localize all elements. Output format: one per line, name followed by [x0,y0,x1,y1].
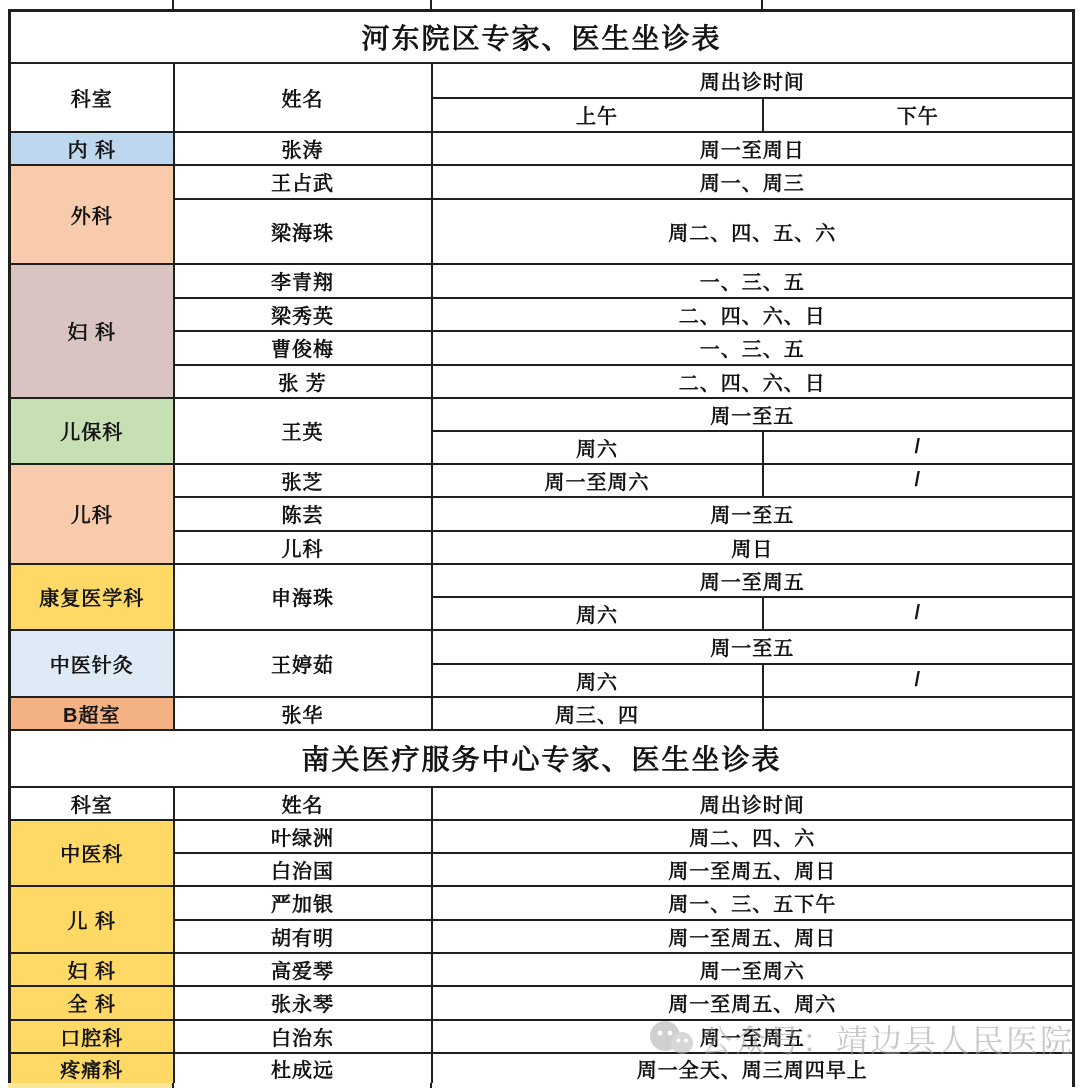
schedule-cell: 周三、四 [432,697,763,730]
dept-cell: 中医科 [10,820,174,886]
schedule-cell: 周六 [432,597,763,630]
dept-cell: 全 科 [10,986,174,1020]
header-dept: 科室 [10,63,174,132]
name-cell: 杜成远 [174,1053,432,1086]
name-cell: 严加银 [174,886,432,920]
schedule-cell: 周二、四、六 [432,820,1074,853]
nanguan-table-row: 疼痛科杜成远周一全天、周三周四早上 [10,1053,1074,1086]
schedule-cell: 周六 [432,664,763,697]
dept-cell: B超室 [10,697,174,730]
dept-cell: 内 科 [10,132,174,165]
nanguan-table-row: 全 科张永琴周一至周五、周六 [10,986,1074,1020]
header-morning: 上午 [432,98,763,132]
schedule-cell: 周二、四、五、六 [432,199,1074,264]
name-cell: 儿科 [174,531,432,564]
nanguan-table-row: 妇 科高爱琴周一至周六 [10,953,1074,986]
grid-line [172,1083,174,1088]
schedule-cell: 周一、周三 [432,165,1074,199]
schedule-cell: 周一至周五 [432,564,1074,597]
grid-line [430,1083,432,1088]
schedule-cell: 周一至周五、周日 [432,920,1074,953]
grid-line [430,0,432,9]
nanguan-table-row: 儿 科严加银周一、三、五下午 [10,886,1074,920]
schedule-cell: 周一至五 [432,630,1074,664]
name-cell: 曹俊梅 [174,331,432,365]
schedule-cell: 一、三、五 [432,331,1074,365]
header-name: 姓名 [174,63,432,132]
header-dept: 科室 [10,787,174,820]
hedong-table-row: 外科王占武周一、周三 [10,165,1074,199]
dept-cell: 妇 科 [10,953,174,986]
schedule-cell: 周日 [432,531,1074,564]
hedong-table-row: 中医针灸王婷茹周一至五 [10,630,1074,664]
nanguan-table-row: 科室姓名周出诊时间 [10,787,1074,820]
cropped-cell [8,1083,172,1088]
name-cell: 张芝 [174,464,432,497]
name-cell: 王占武 [174,165,432,199]
schedule-cell: 周一、三、五下午 [432,886,1074,920]
name-cell: 梁海珠 [174,199,432,264]
dept-cell: 儿科 [10,464,174,564]
name-cell: 陈芸 [174,497,432,531]
header-afternoon: 下午 [763,98,1074,132]
hedong-table-row: 儿科张芝周一至周六/ [10,464,1074,497]
schedule-cell: 周一至周五、周六 [432,986,1074,1020]
header-schedule: 周出诊时间 [432,63,1074,98]
grid-line [172,0,174,9]
nanguan-table-row: 口腔科白治东周一至周五 [10,1020,1074,1053]
dept-cell: 外科 [10,165,174,264]
schedule-cell: / [763,431,1074,464]
hedong-table-row: B超室张华周三、四 [10,697,1074,730]
hedong-table-row: 儿保科王英周一至五 [10,398,1074,431]
hedong-table-row: 科室姓名周出诊时间 [10,63,1074,98]
name-cell: 叶绿洲 [174,820,432,853]
name-cell: 胡有明 [174,920,432,953]
name-cell: 张永琴 [174,986,432,1020]
schedule-cell [763,697,1074,730]
name-cell: 张华 [174,697,432,730]
schedule-cell: 周六 [432,431,763,464]
name-cell: 高爱琴 [174,953,432,986]
schedule-cell: 周一全天、周三周四早上 [432,1053,1074,1086]
hedong-table-row: 康复医学科申海珠周一至周五 [10,564,1074,597]
name-cell: 张涛 [174,132,432,165]
name-cell: 申海珠 [174,564,432,630]
cropped-row-bottom [8,1083,1072,1088]
header-name: 姓名 [174,787,432,820]
nanguan-table-row: 中医科叶绿洲周二、四、六 [10,820,1074,853]
schedule-cell: / [763,597,1074,630]
schedule-cell: 周一至周五、周日 [432,853,1074,886]
nanguan-table-row: 南关医疗服务中心专家、医生坐诊表 [10,730,1074,787]
schedule-table: 河东院区专家、医生坐诊表科室姓名周出诊时间上午下午内 科张涛周一至周日外科王占武… [8,9,1075,1087]
schedule-cell: 周一至周日 [432,132,1074,165]
schedule-cell: 二、四、六、日 [432,298,1074,331]
cropped-row-top [8,0,1072,9]
schedule-cell: 周一至五 [432,497,1074,531]
dept-cell: 儿 科 [10,886,174,953]
schedule-cell: 周一至周五 [432,1020,1074,1053]
doctor-schedule-sheet: 河东院区专家、医生坐诊表科室姓名周出诊时间上午下午内 科张涛周一至周日外科王占武… [0,0,1080,1088]
dept-cell: 疼痛科 [10,1053,174,1086]
schedule-cell: 周一至周六 [432,953,1074,986]
schedule-cell: 周一至周六 [432,464,763,497]
name-cell: 张 芳 [174,365,432,398]
schedule-cell: 一、三、五 [432,264,1074,298]
table-title-nanguan: 南关医疗服务中心专家、医生坐诊表 [10,730,1074,787]
hedong-table-row: 内 科张涛周一至周日 [10,132,1074,165]
schedule-cell: 周一至五 [432,398,1074,431]
grid-line [761,0,763,9]
schedule-cell: / [763,664,1074,697]
schedule-cell: / [763,464,1074,497]
hedong-table-row: 妇 科李青翔一、三、五 [10,264,1074,298]
header-schedule: 周出诊时间 [432,787,1074,820]
name-cell: 王英 [174,398,432,464]
schedule-cell: 二、四、六、日 [432,365,1074,398]
name-cell: 白治东 [174,1020,432,1053]
dept-cell: 口腔科 [10,1020,174,1053]
hedong-table-row: 河东院区专家、医生坐诊表 [10,11,1074,63]
name-cell: 李青翔 [174,264,432,298]
dept-cell: 儿保科 [10,398,174,464]
table-title-hedong: 河东院区专家、医生坐诊表 [10,11,1074,63]
name-cell: 梁秀英 [174,298,432,331]
dept-cell: 妇 科 [10,264,174,398]
name-cell: 王婷茹 [174,630,432,697]
name-cell: 白治国 [174,853,432,886]
dept-cell: 中医针灸 [10,630,174,697]
dept-cell: 康复医学科 [10,564,174,630]
